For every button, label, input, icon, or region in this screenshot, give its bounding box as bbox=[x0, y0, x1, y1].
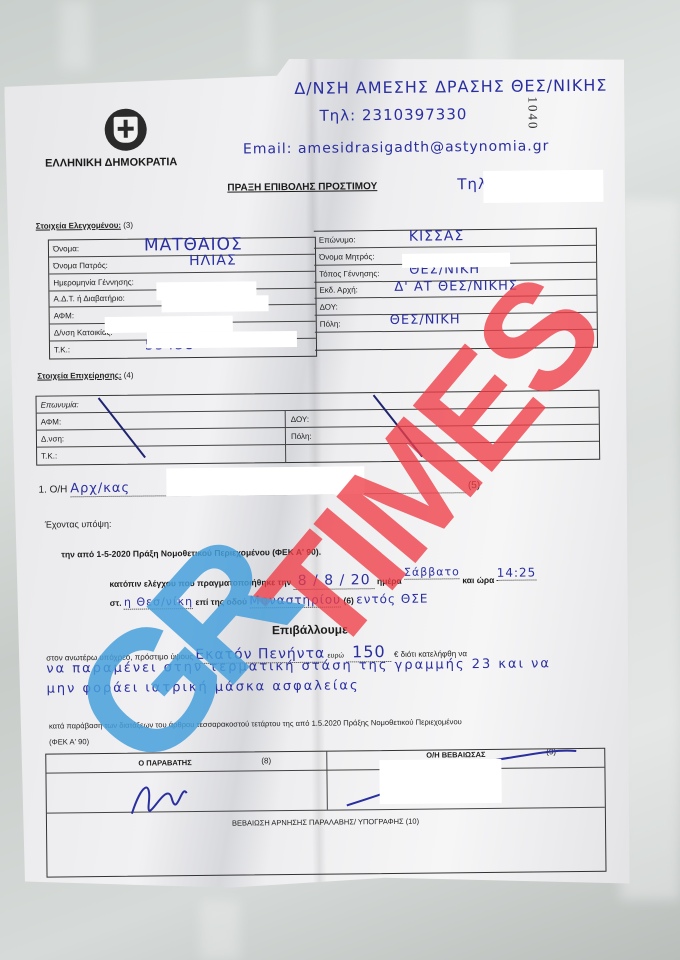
handwritten-email: Email: amesidrasigadth@astynomia.gr bbox=[243, 138, 550, 157]
field-label-surname: Επώνυμο: bbox=[319, 235, 356, 244]
field-label-city: Πόλη: bbox=[320, 319, 341, 328]
field-label-company-postal-code: Τ.Κ.: bbox=[41, 451, 57, 460]
section-controlled-ref: (3) bbox=[123, 221, 133, 230]
redaction-block bbox=[147, 331, 297, 349]
field-value-surname: ΚΙΣΣΑΣ bbox=[409, 228, 465, 245]
field-value-father-name: ΗΛΙΑΣ bbox=[189, 253, 237, 269]
field-label-name: Όνομα: bbox=[53, 244, 79, 253]
field-label-tax-id: ΑΦΜ: bbox=[54, 311, 74, 320]
handwritten-phone: Τηλ: 2310397330 bbox=[319, 105, 467, 125]
field-label-id-passport: Α.Δ.Τ. ή Διαβατήριο: bbox=[53, 294, 124, 304]
field-label-tax-office: ΔΟΥ: bbox=[320, 303, 338, 312]
time-value: 14:25 bbox=[497, 565, 537, 580]
section-controlled-title: Στοιχεία Ελεγχομένου: bbox=[36, 221, 121, 231]
fabric-fold bbox=[620, 200, 680, 900]
section-business-heading: Στοιχεία Επιχείρησης: (4) bbox=[37, 371, 133, 381]
considering-label: Έχοντας υπόψη: bbox=[45, 519, 112, 530]
refusal-ref: (10) bbox=[406, 817, 419, 826]
greek-coat-of-arms-icon bbox=[104, 109, 146, 151]
field-label-company-tax-id: ΑΦΜ: bbox=[41, 417, 61, 426]
field-label-postal-code: Τ.Κ.: bbox=[54, 345, 70, 354]
redaction-block bbox=[483, 170, 603, 203]
field-label-birth-place: Τόπος Γέννησης: bbox=[319, 269, 379, 279]
refusal-label: ΒΕΒΑΙΩΣΗ ΑΡΝΗΣΗΣ ΠΑΡΑΛΑΒΗΣ/ ΥΠΟΓΡΑΦΗΣ bbox=[232, 817, 404, 828]
strike-through-mark bbox=[97, 395, 158, 462]
refusal-line: ΒΕΒΑΙΩΣΗ ΑΡΝΗΣΗΣ ΠΑΡΑΛΑΒΗΣ/ ΥΠΟΓΡΑΦΗΣ (1… bbox=[232, 817, 419, 828]
section-business-title: Στοιχεία Επιχείρησης: bbox=[37, 371, 121, 381]
field-label-birth-date: Ημερομηνία Γέννησης: bbox=[53, 278, 134, 288]
redaction-block bbox=[105, 316, 233, 333]
fabric-fold bbox=[200, 900, 240, 960]
document-title: ΠΡΑΞΗ ΕΠΙΒΟΛΗΣ ΠΡΟΣΤΙΜΟΥ bbox=[227, 181, 377, 194]
field-label-company-tax-office: ΔΟΥ: bbox=[291, 415, 309, 424]
field-label-issuing-authority: Εκδ. Αρχή: bbox=[319, 285, 358, 294]
violator-ref: (8) bbox=[261, 756, 271, 765]
field-label-company-city: Πόλη: bbox=[291, 432, 312, 441]
fabric-fold bbox=[250, 0, 270, 70]
violation-ref: (ΦΕΚ Α' 90) bbox=[49, 737, 89, 746]
field-label-company-name: Επωνυμία: bbox=[41, 400, 79, 409]
time-label: και ώρα bbox=[462, 575, 494, 585]
field-label-father-name: Όνομα Πατρός: bbox=[53, 261, 108, 271]
signature-table: Ο ΠΑΡΑΒΑΤΗΣ (8) Ο/Η ΒΕΒΑΙΩΣΑΣ (9) ΒΕΒΑΙΩ… bbox=[45, 748, 606, 878]
serial-number: 1040 bbox=[524, 96, 540, 130]
section-controlled-heading: Στοιχεία Ελεγχομένου: (3) bbox=[36, 221, 133, 231]
fabric-fold bbox=[60, 0, 90, 70]
officer-prefix: 1. Ο/Η bbox=[38, 484, 67, 495]
field-label-mother-name: Όνομα Μητρός: bbox=[319, 252, 375, 262]
section-business-ref: (4) bbox=[124, 371, 134, 380]
republic-title: ΕΛΛΗΝΙΚΗ ΔΗΜΟΚΡΑΤΙΑ bbox=[45, 156, 177, 169]
redaction-block bbox=[379, 759, 501, 804]
field-label-company-address: Δ.νση: bbox=[41, 434, 64, 443]
redaction-block bbox=[161, 295, 268, 312]
handwritten-unit: Δ/ΝΣΗ ΑΜΕΣΗΣ ΔΡΑΣΗΣ ΘΕΣ/ΝΙΚΗΣ bbox=[294, 76, 607, 98]
